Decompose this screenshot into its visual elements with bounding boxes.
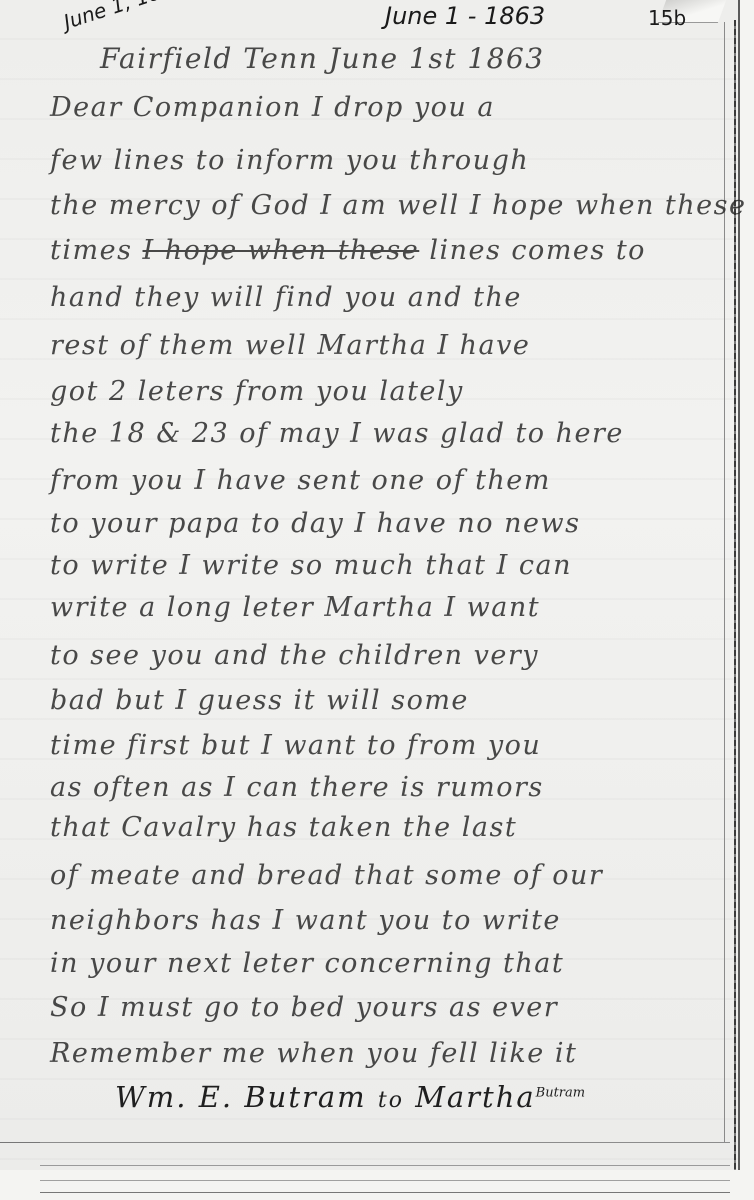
ruled-line xyxy=(40,1142,730,1143)
ruled-line xyxy=(40,1165,730,1166)
letter-line-4-remainder: lines comes to xyxy=(429,235,646,266)
letter-line-2: few lines to inform you through xyxy=(50,145,529,176)
struck-text: I hope when these xyxy=(143,235,420,266)
addressee-surname: Butram xyxy=(536,1085,585,1100)
letter-line-16: as often as I can there is rumors xyxy=(50,772,544,803)
letter-line-11: to write I write so much that I can xyxy=(50,550,572,581)
letter-line-8: the 18 & 23 of may I was glad to here xyxy=(50,418,624,449)
letter-line-20: in your next leter concerning that xyxy=(50,948,564,979)
sender-signature: Wm. E. Butram xyxy=(115,1080,367,1114)
letter-line-3: the mercy of God I am well I hope when t… xyxy=(50,190,746,221)
letter-line-15: time first but I want to from you xyxy=(50,730,541,761)
letter-line-19: neighbors has I want you to write xyxy=(50,905,561,936)
letter-line-18: of meate and bread that some of our xyxy=(50,860,603,891)
letter-line-21: So I must go to bed yours as ever xyxy=(50,992,558,1023)
letter-line-22: Remember me when you fell like it xyxy=(50,1038,577,1069)
letter-line-1: Dear Companion I drop you a xyxy=(50,92,495,123)
signature-block: Wm. E. Butram to MarthaButram xyxy=(115,1080,585,1114)
letter-line-10: to your papa to day I have no news xyxy=(50,508,580,539)
to-label: to xyxy=(378,1088,404,1113)
archival-date-annotation-center: June 1 - 1863 xyxy=(385,2,545,30)
ruled-line xyxy=(40,1180,730,1181)
letter-line-4-with-strikethrough: times I hope when these times I hope whe… xyxy=(50,235,646,266)
letter-line-5: hand they will find you and the xyxy=(50,282,522,313)
letter-line-9: from you I have sent one of them xyxy=(50,465,551,496)
letter-line-17: that Cavalry has taken the last xyxy=(50,812,517,843)
letter-line-14: bad but I guess it will some xyxy=(50,685,469,716)
letter-heading: Fairfield Tenn June 1st 1863 xyxy=(100,42,545,75)
letter-line-7: got 2 leters from you lately xyxy=(50,376,464,407)
letter-line-12: write a long leter Martha I want xyxy=(50,592,540,623)
letter-line-6: rest of them well Martha I have xyxy=(50,330,530,361)
addressee-name: Martha xyxy=(415,1080,535,1114)
scanned-page-background: June 1, 1863 June 1 - 1863 15b Fairfield… xyxy=(0,0,754,1200)
letter-line-13: to see you and the children very xyxy=(50,640,539,671)
folio-number: 15b xyxy=(648,6,686,30)
ruled-line xyxy=(40,1192,730,1193)
